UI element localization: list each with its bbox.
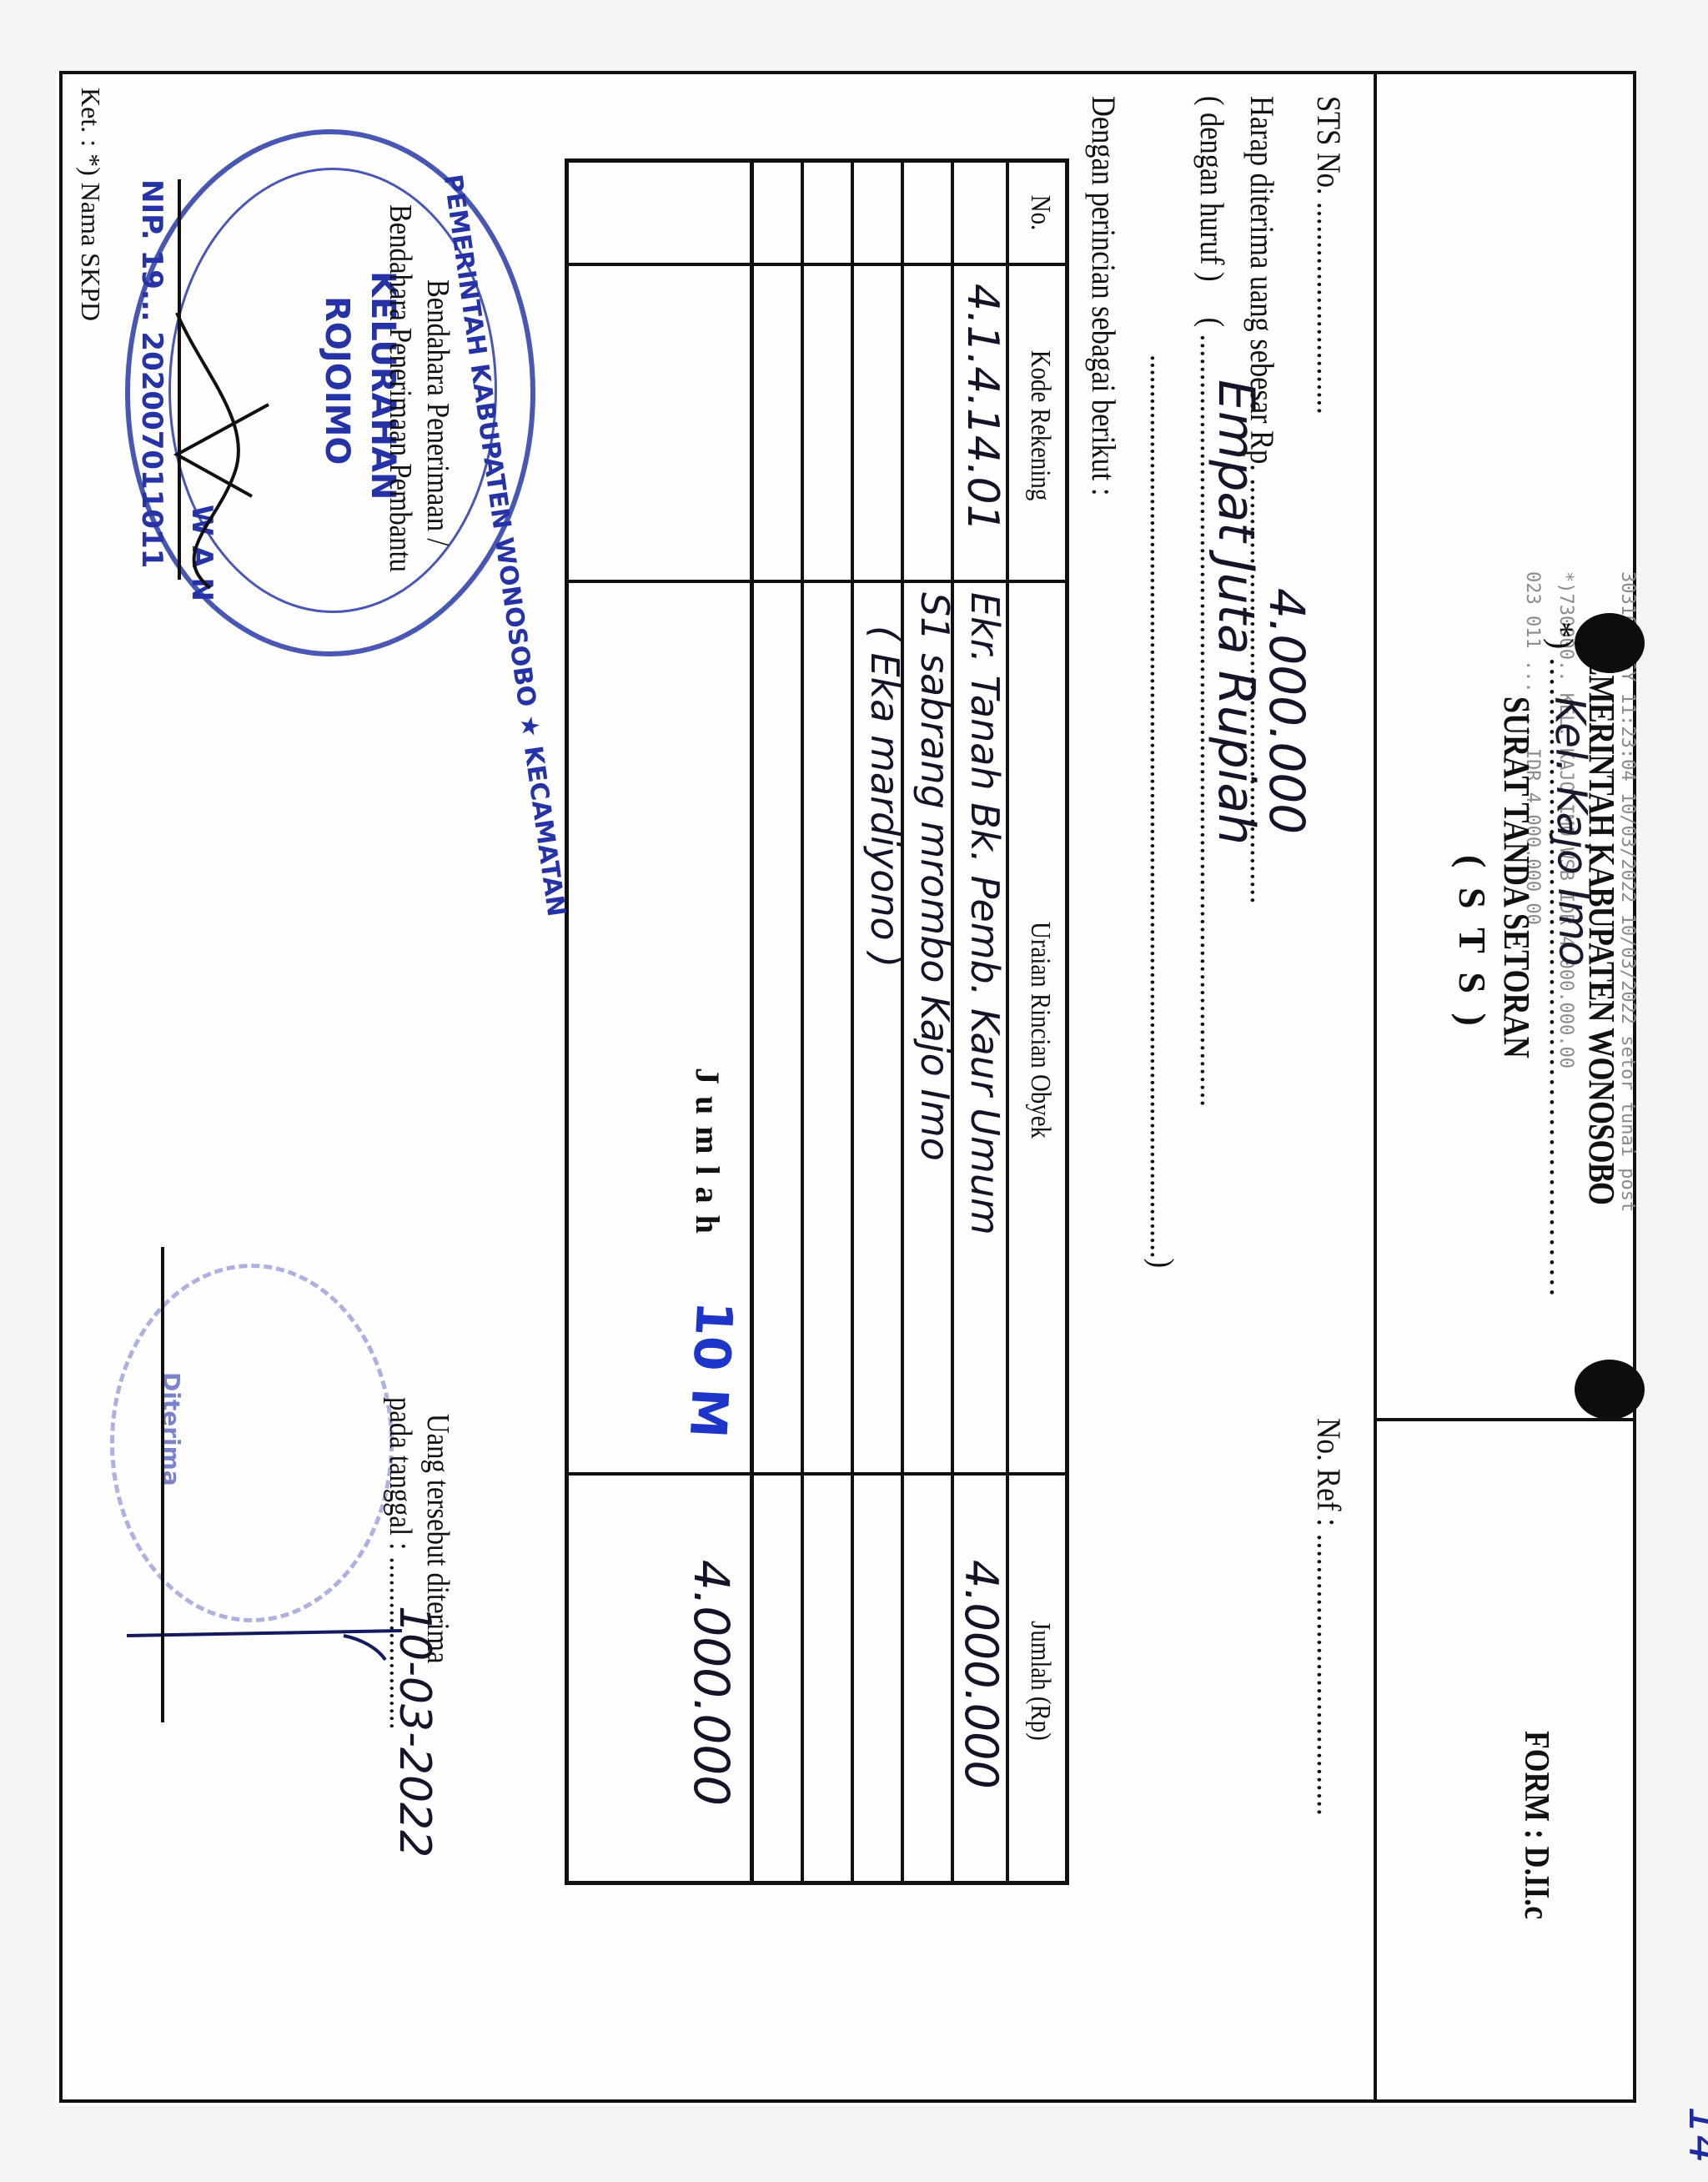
no-ref-field: No. Ref : ..............................… [1309, 1418, 1349, 1817]
no-ref-label: No. Ref : [1310, 1418, 1348, 1526]
redaction-mark [1575, 1360, 1645, 1420]
treasurer-signature-scribble [135, 304, 302, 605]
row-divider [901, 158, 904, 1885]
treasurer-title-line-2: Bendahara Penerimaan Pembantu [382, 204, 419, 572]
total-divider [565, 1472, 754, 1476]
document-subtitle: ( S T S ) [1450, 855, 1494, 1031]
column-header-uraian: Uraian Rincian Obyek [1024, 658, 1056, 1403]
sts-document: 303100096Y 11:23:04 10/03/2022 10/03/202… [56, 71, 1636, 2106]
table-row-1-jumlah: 4.000.000 [955, 1560, 1007, 1789]
amount-handwritten: 4.000.000 [1258, 588, 1315, 834]
table-row-1-uraian-line-1: Ekr. Tanah Bk. Pemb. Kaur Umum [962, 592, 1007, 1235]
row-divider [750, 158, 754, 1885]
row-divider [801, 158, 804, 1885]
detail-intro: Dengan perincian sebagai berikut : [1084, 96, 1123, 496]
sts-no-value: ........................... [1310, 202, 1348, 415]
total-value: 4.000.000 [683, 1560, 740, 1806]
received-date-label: pada tanggal : [383, 1397, 418, 1550]
words-label: ( dengan huruf ) [1193, 96, 1231, 282]
stamp-inner-text-2: ROJOIMO [318, 296, 356, 465]
bank-received-stamp [110, 1264, 394, 1622]
document-header: 303100096Y 11:23:04 10/03/2022 10/03/202… [1374, 71, 1636, 2103]
receiver-signature-line [161, 1247, 164, 1722]
document-title: SURAT TANDA SETORAN [1495, 696, 1538, 1058]
treasurer-title-line-1: Bendahara Penerimaan / [419, 279, 456, 545]
words-handwritten: Empat Juta Rupiah [1207, 380, 1265, 845]
table-row-1-kode: 4.1.4.14.01 [957, 284, 1007, 532]
skpd-handwritten: Kel. Kajo Imo [1545, 696, 1599, 967]
no-ref-value: ................................... [1310, 1534, 1348, 1817]
detail-table: No. Kode Rekening Uraian Rincian Obyek J… [565, 158, 1069, 1885]
table-row-1-uraian-line-3: ( Eka mardiyono ) [862, 626, 907, 968]
header-center: 303100096Y 11:23:04 10/03/2022 10/03/202… [1377, 538, 1636, 1456]
table-row-1-uraian-line-2: S1 sabrang mrombo Kajo Imo [912, 592, 957, 1161]
received-stamp-fragment: 10 M [678, 1300, 743, 1440]
sts-no-field: STS No. ........................... [1309, 96, 1349, 415]
column-divider [565, 580, 1069, 583]
words-continuation: ........................................… [1143, 354, 1182, 1268]
column-header-no: No. [1024, 181, 1056, 245]
words-open-paren: ( [1193, 318, 1231, 327]
total-label: Jumlah [688, 1068, 727, 1245]
sts-no-label: STS No. [1310, 96, 1348, 195]
redaction-mark [1575, 613, 1645, 673]
page-number: 14 [1679, 2106, 1708, 2164]
row-divider [851, 158, 854, 1885]
column-divider [565, 263, 1069, 266]
receiver-signature-scribble [110, 1614, 410, 1664]
header-divider [1377, 1418, 1636, 1421]
column-header-kode-rekening: Kode Rekening [1024, 298, 1056, 553]
column-header-jumlah: Jumlah (Rp) [1024, 1514, 1056, 1848]
footnote: Ket. : *) Nama SKPD [75, 88, 106, 321]
form-code: FORM : D.II.c [1516, 1731, 1556, 1919]
